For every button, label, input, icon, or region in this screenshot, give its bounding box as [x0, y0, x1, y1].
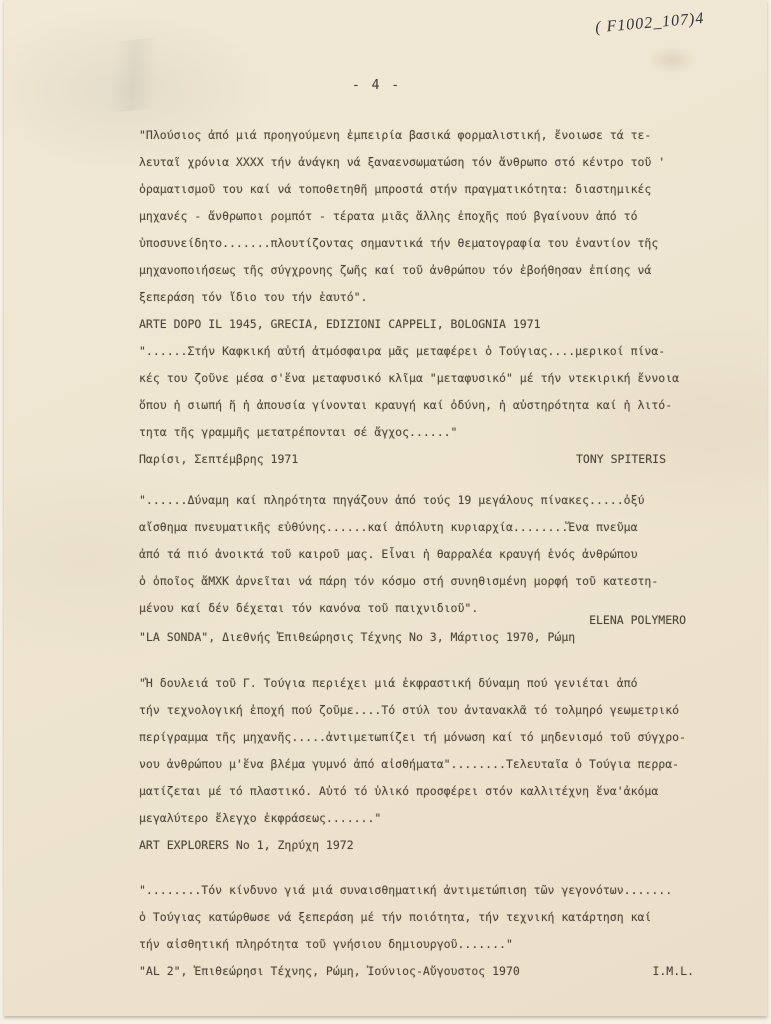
paper-crease	[1, 27, 267, 124]
text-line: κές του ζοῦνε μέσα σ'ἕνα μεταφυσικό κλῖμ…	[139, 365, 696, 392]
text-line: μηχανοποιήσεως τῆς σύγχρονης ζωῆς καί το…	[139, 257, 696, 284]
text-line: τήν αἰσθητική πληρότητα τοῦ γνήσιου δημι…	[139, 931, 696, 958]
quote-signature: TONY SPITERIS	[576, 446, 666, 473]
quote-signature: I.M.L.	[652, 958, 694, 985]
scanned-page: ( F1002_107)4 - 4 - "Πλούσιος ἀπό μιά πρ…	[4, 0, 767, 1016]
text-line: ματίζεται μέ τό πλαστικό. Αὐτό τό ὑλικό …	[139, 778, 696, 805]
quote-block-3: "......Δύναμη καί πληρότητα πηγάζουν ἀπό…	[139, 487, 696, 651]
text-line: περίγραμμα τῆς μηχανῆς.....ἀντιμετωπίζει…	[139, 724, 696, 751]
text-line: ὁραματισμοῦ του καί νά τοποθετηθῆ μπροστ…	[139, 176, 696, 203]
text-line: νου ἀνθρώπου μ'ἕνα βλέμα γυμνό ἀπό αἰσθή…	[139, 751, 696, 778]
text-line: λευταῖ χρόνια ΧΧΧΧ τήν ἀνάγκη νά ξαναενσ…	[139, 149, 696, 176]
quote-citation-row: ARTE DOPO IL 1945, GRECIA, EDIZIONI CAPP…	[139, 311, 696, 338]
text-line: ὅπου ἡ σιωπή ἤ ἡ ἀπουσία γίνονται κραυγή…	[139, 392, 696, 419]
text-line: ξεπεράση τόν ἴδιο του τήν ἑαυτό".	[139, 284, 696, 311]
text-line: "......Στήν Καφκική αὐτή ἀτμόσφαιρα μᾶς …	[139, 338, 696, 365]
quote-citation: ARTE DOPO IL 1945, GRECIA, EDIZIONI CAPP…	[139, 311, 541, 338]
text-line: τήν τεχνολογική ἐποχή πού ζοῦμε....Τό στ…	[139, 697, 696, 724]
quote-block-4: "Ἡ δουλειά τοῦ Γ. Τούγια περιέχει μιά ἐκ…	[139, 670, 696, 859]
quote-citation-row: "LA SONDA", Διεθνής Ἐπιθεώρησις Τέχνης N…	[139, 624, 696, 651]
quote-block-5: "........Τόν κίνδυνο γιά μιά συναισθηματ…	[139, 877, 696, 985]
quote-text: "Ἡ δουλειά τοῦ Γ. Τούγια περιέχει μιά ἐκ…	[139, 670, 696, 832]
text-line: ὁ ὁποῖος ἄΜΧΚ ἀρνεῖται νά πάρη τόν κόσμο…	[139, 568, 696, 595]
text-line: ὑποσυνείδητο.......πλουτίζοντας σημαντικ…	[139, 230, 696, 257]
quote-text: "Πλούσιος ἀπό μιά προηγούμενη ἐμπειρία β…	[139, 122, 696, 311]
text-line: "Ἡ δουλειά τοῦ Γ. Τούγια περιέχει μιά ἐκ…	[139, 670, 696, 697]
text-line: "......Δύναμη καί πληρότητα πηγάζουν ἀπό…	[139, 487, 696, 514]
quote-block-1: "Πλούσιος ἀπό μιά προηγούμενη ἐμπειρία β…	[139, 122, 696, 338]
quote-citation-row: "AL 2", Ἐπιθεώρησι Τέχνης, Ρώμη, Ἰούνιος…	[139, 958, 696, 985]
text-line: "Πλούσιος ἀπό μιά προηγούμενη ἐμπειρία β…	[139, 122, 696, 149]
text-line: τητα τῆς γραμμῆς μετατρέπονται σέ ἄγχος.…	[139, 419, 696, 446]
page-number: - 4 -	[352, 78, 401, 93]
quote-citation-row: Παρίσι, Σεπτέμβρης 1971 TONY SPITERIS	[139, 446, 696, 473]
typewritten-content: "Πλούσιος ἀπό μιά προηγούμενη ἐμπειρία β…	[139, 122, 696, 985]
quote-text: "......Στήν Καφκική αὐτή ἀτμόσφαιρα μᾶς …	[139, 338, 696, 446]
handwritten-annotation: ( F1002_107)4	[595, 5, 766, 38]
quote-text: "........Τόν κίνδυνο γιά μιά συναισθηματ…	[139, 877, 696, 958]
text-line: ὁ Τούγιας κατώρθωσε νά ξεπεράση μέ τήν π…	[139, 904, 696, 931]
quote-citation: "LA SONDA", Διεθνής Ἐπιθεώρησις Τέχνης N…	[139, 624, 575, 651]
quote-citation-row: ART EXPLORERS No 1, Ζηρύχη 1972	[139, 832, 696, 859]
text-line: αἴσθημα πνευματικῆς εὐθύνης......καί ἀπό…	[139, 514, 696, 541]
quote-citation: ART EXPLORERS No 1, Ζηρύχη 1972	[139, 832, 354, 859]
quote-signature: ELENA POLYMERO	[589, 613, 686, 627]
text-line: ἀπό τά πιό ἀνοικτά τοῦ καιροῦ μας. Εἶναι…	[139, 541, 696, 568]
quote-citation: Παρίσι, Σεπτέμβρης 1971	[139, 446, 298, 473]
quote-block-2: "......Στήν Καφκική αὐτή ἀτμόσφαιρα μᾶς …	[139, 338, 696, 473]
text-line: μεγαλύτερο ἔλεγχο ἐκφράσεως......."	[139, 805, 696, 832]
text-line: μηχανές - ἄνθρωποι ρομπότ - τέρατα μιᾶς …	[139, 203, 696, 230]
quote-citation: "AL 2", Ἐπιθεώρησι Τέχνης, Ρώμη, Ἰούνιος…	[139, 958, 520, 985]
quote-text: "......Δύναμη καί πληρότητα πηγάζουν ἀπό…	[139, 487, 696, 622]
text-line: "........Τόν κίνδυνο γιά μιά συναισθηματ…	[139, 877, 696, 904]
